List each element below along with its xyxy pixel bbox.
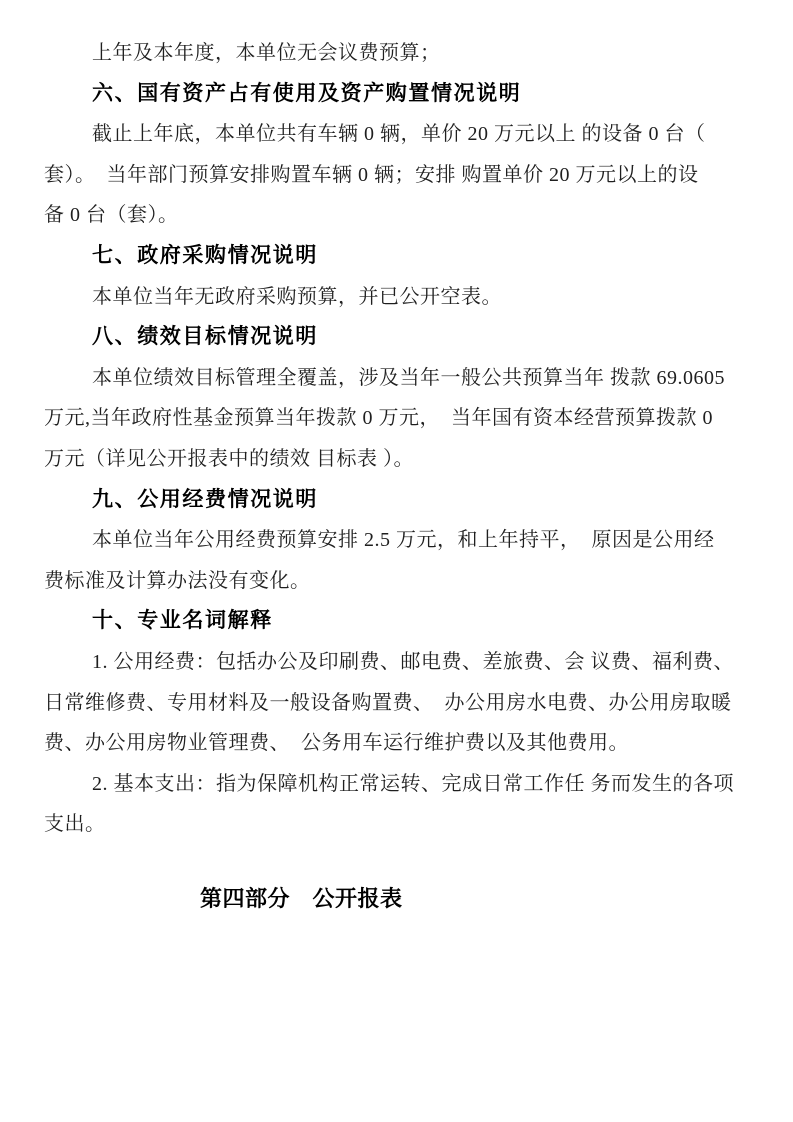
heading-section-10: 十、专业名词解释 (44, 601, 744, 642)
para-procurement-line: 本单位当年无政府采购预算，并已公开空表。 (44, 277, 744, 318)
document-page: 上年及本年度，本单位无会议费预算； 六、国有资产占有使用及资产购置情况说明 截止… (0, 0, 793, 1122)
para-performance-line-3: 万元（详见公开报表中的绩效 目标表 ）。 (44, 439, 744, 480)
para-public-expense-line-1: 本单位当年公用经费预算安排 2.5 万元，和上年持平， 原因是公用经 (44, 520, 744, 561)
para-assets-line-1: 截止上年底，本单位共有车辆 0 辆，单价 20 万元以上 的设备 0 台（ (44, 114, 744, 155)
heading-section-9: 九、公用经费情况说明 (44, 480, 744, 521)
para-meeting-fee-line: 上年及本年度，本单位无会议费预算； (44, 33, 744, 74)
part-4-title: 第四部分 公开报表 (200, 879, 744, 920)
para-performance-line-2: 万元,当年政府性基金预算当年拨款 0 万元， 当年国有资本经营预算拨款 0 (44, 398, 744, 439)
para-term-2-line-1: 2. 基本支出：指为保障机构正常运转、完成日常工作任 务而发生的各项 (44, 764, 744, 805)
para-term-1-line-3: 费、办公用房物业管理费、 公务用车运行维护费以及其他费用。 (44, 723, 744, 764)
heading-section-8: 八、绩效目标情况说明 (44, 317, 744, 358)
para-performance-line-1: 本单位绩效目标管理全覆盖，涉及当年一般公共预算当年 拨款 69.0605 (44, 358, 744, 399)
para-term-1-line-2: 日常维修费、专用材料及一般设备购置费、 办公用房水电费、办公用房取暖 (44, 683, 744, 724)
heading-section-7: 七、政府采购情况说明 (44, 236, 744, 277)
para-public-expense-line-2: 费标准及计算办法没有变化。 (44, 561, 744, 602)
para-assets-line-3: 备 0 台（套）。 (44, 195, 744, 236)
para-term-2-line-2: 支出。 (44, 804, 744, 845)
heading-section-6: 六、国有资产占有使用及资产购置情况说明 (44, 74, 744, 115)
para-assets-line-2: 套）。 当年部门预算安排购置车辆 0 辆；安排 购置单价 20 万元以上的设 (44, 155, 744, 196)
para-term-1-line-1: 1. 公用经费：包括办公及印刷费、邮电费、差旅费、会 议费、福利费、 (44, 642, 744, 683)
